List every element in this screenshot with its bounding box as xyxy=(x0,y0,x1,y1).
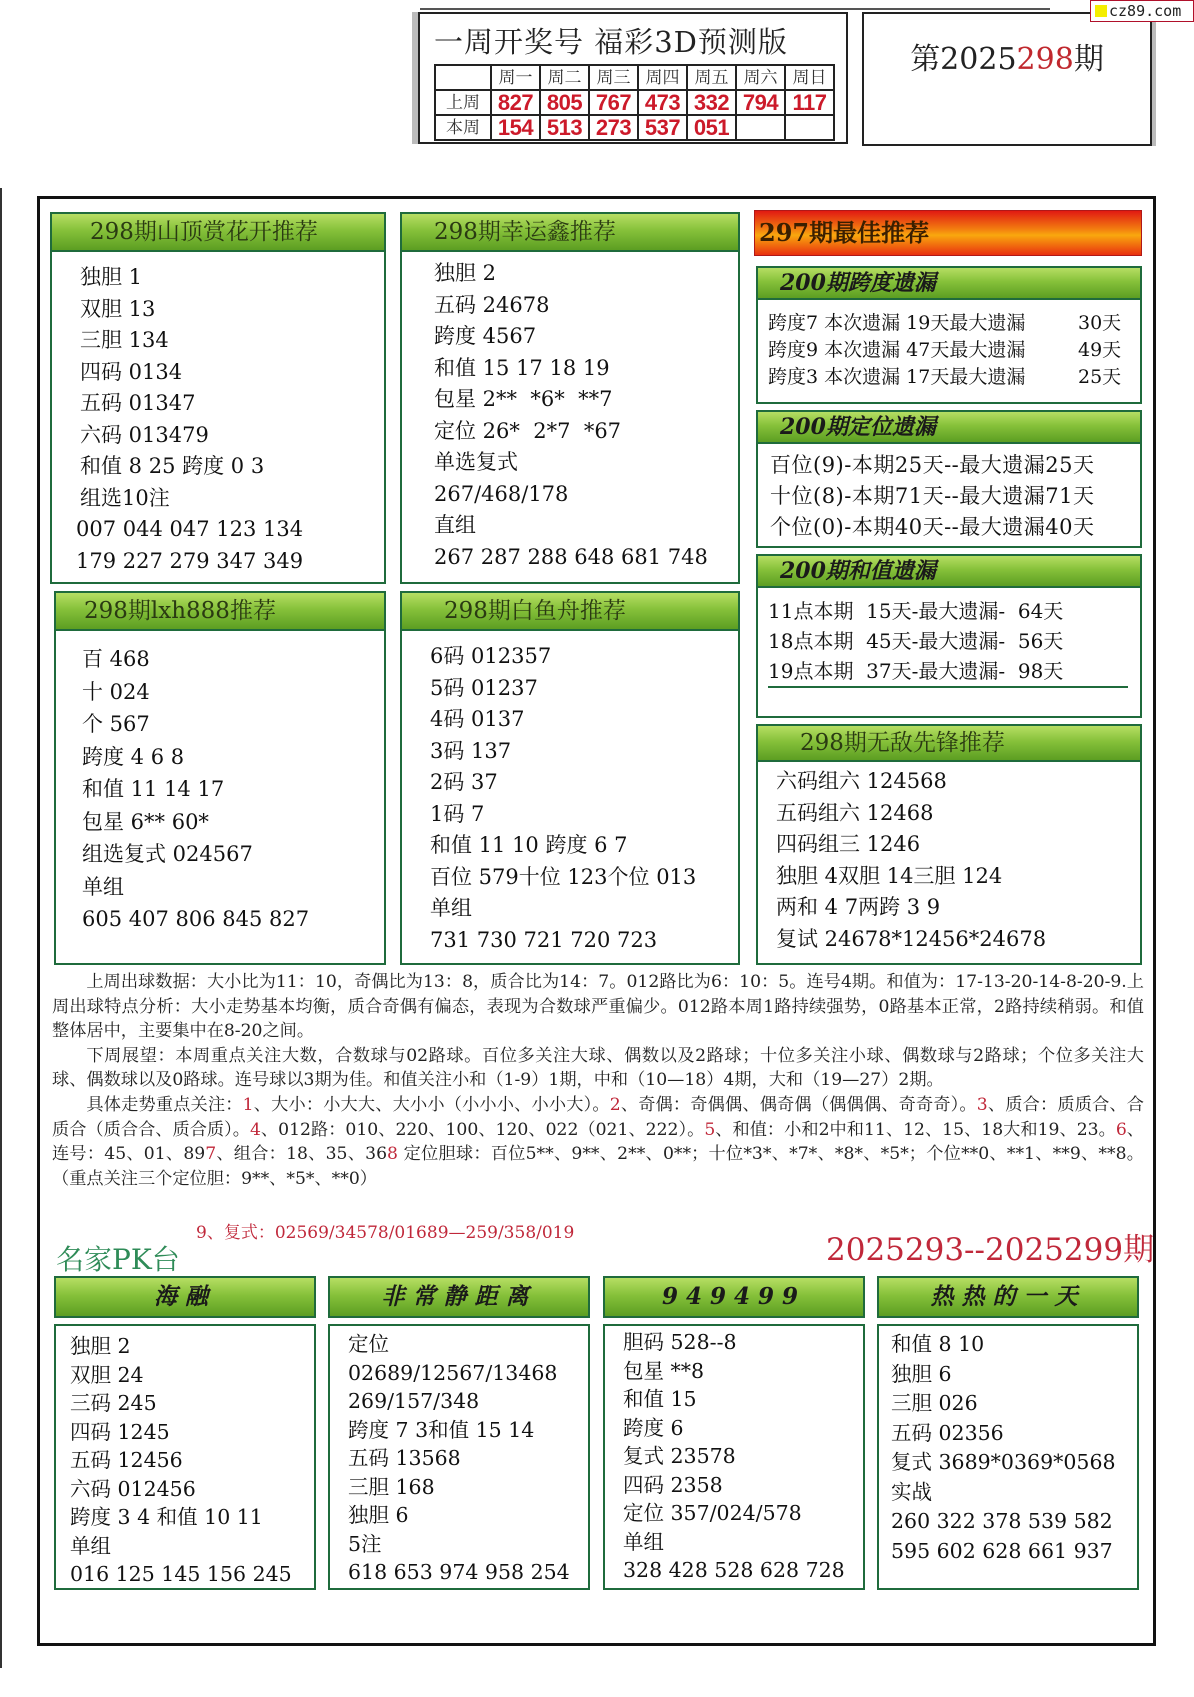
pk-line: 胆码 528--8 xyxy=(623,1328,863,1357)
span-miss-header: 200期跨度遗漏 xyxy=(756,266,1142,300)
pk-line: 独胆 6 xyxy=(891,1360,1137,1390)
pk-line: 六码 012456 xyxy=(70,1475,314,1504)
pk-line: 五码 13568 xyxy=(348,1444,588,1473)
focus-num: 5 xyxy=(704,1120,715,1140)
pk-line: 四码 1245 xyxy=(70,1418,314,1447)
rec-line: 两和 4 7两跨 3 9 xyxy=(776,892,1140,924)
panel-body-baiyuzhou: 6码 012357 5码 01237 4码 0137 3码 137 2码 37 … xyxy=(400,631,740,965)
rec-line: 四码 0134 xyxy=(80,357,384,389)
rec-line: 267 287 288 648 681 748 xyxy=(434,542,738,574)
period-range: 2025293--2025299期 xyxy=(826,1224,1154,1269)
position-miss-row: 百位(9)-本期25天--最大遗漏25天 xyxy=(770,450,1140,481)
draw-number: 051 xyxy=(687,115,736,140)
weekly-draw-table: 周一 周二 周三 周四 周五 周六 周日 上周 827 805 767 473 … xyxy=(434,64,835,141)
rec-line: 双胆 13 xyxy=(80,294,384,326)
focus-num: 1 xyxy=(243,1095,254,1115)
rec-line: 独胆 2 xyxy=(434,258,738,290)
focus-num: 6 xyxy=(1116,1120,1127,1140)
rec-line: 百 468 xyxy=(82,643,384,676)
pk-line: 独胆 2 xyxy=(70,1332,314,1361)
rec-line: 六码组六 124568 xyxy=(776,766,1140,798)
rec-line: 和值 15 17 18 19 xyxy=(434,353,738,385)
panel-body-wudi: 六码组六 124568 五码组六 12468 四码组三 1246 独胆 4双胆 … xyxy=(756,762,1142,965)
pk-line: 三码 245 xyxy=(70,1389,314,1418)
sum-miss-header: 200期和值遗漏 xyxy=(756,554,1142,588)
pk-body-hairong: 独胆 2 双胆 24 三码 245 四码 1245 五码 12456 六码 01… xyxy=(54,1324,316,1590)
pk-title: 名家PK台 xyxy=(56,1238,180,1278)
rec-line: 单选复式 xyxy=(434,447,738,479)
draw-number: 827 xyxy=(491,90,540,115)
pk-line: 单组 xyxy=(70,1532,314,1561)
rec-line: 4码 0137 xyxy=(430,704,738,736)
pk-header-rere: 热热的一天 xyxy=(877,1276,1139,1318)
span-miss-text: 跨度3 本次遗漏 17天最大遗漏 xyxy=(768,366,1025,388)
rec-line: 百位 579十位 123个位 013 xyxy=(430,862,738,894)
rec-line: 2码 37 xyxy=(430,767,738,799)
position-miss-body: 百位(9)-本期25天--最大遗漏25天 十位(8)-本期71天--最大遗漏71… xyxy=(756,444,1142,548)
span-miss-max: 25天 xyxy=(1078,364,1121,391)
pk-line: 三胆 026 xyxy=(891,1389,1137,1419)
rec-line: 单组 xyxy=(82,871,384,904)
span-miss-max: 30天 xyxy=(1078,310,1121,337)
pk-line: 包星 **8 xyxy=(623,1357,863,1386)
rec-line: 包星 2** *6* **7 xyxy=(434,384,738,416)
period-prefix: 第2025 xyxy=(910,42,1016,77)
sum-miss-body: 11点本期 15天-最大遗漏- 64天 18点本期 45天-最大遗漏- 56天 … xyxy=(756,588,1142,718)
panel-body-xingyunxin: 独胆 2 五码 24678 跨度 4567 和值 15 17 18 19 包星 … xyxy=(400,252,740,584)
period-number: 298 xyxy=(1017,42,1074,77)
sum-miss-row: 11点本期 15天-最大遗漏- 64天 xyxy=(768,596,1140,626)
divider xyxy=(768,686,1128,688)
panel-header-wudi: 298期无敌先锋推荐 xyxy=(756,724,1142,762)
span-miss-text: 跨度7 本次遗漏 19天最大遗漏 xyxy=(768,312,1025,334)
watermark-text: cz89.com xyxy=(1109,2,1181,20)
rec-line: 和值 11 10 跨度 6 7 xyxy=(430,830,738,862)
focus-lead: 具体走势重点关注： xyxy=(86,1095,242,1115)
draw-number: 117 xyxy=(785,90,834,115)
pk-line: 定位 357/024/578 xyxy=(623,1499,863,1528)
draw-number: 805 xyxy=(540,90,589,115)
rec-line: 1码 7 xyxy=(430,799,738,831)
rec-line: 三胆 134 xyxy=(80,325,384,357)
rec-line: 3码 137 xyxy=(430,736,738,768)
rec-line: 跨度 4 6 8 xyxy=(82,741,384,774)
day-header: 周日 xyxy=(785,65,834,90)
rec-line: 独胆 4双胆 14三胆 124 xyxy=(776,861,1140,893)
draw-number: 273 xyxy=(589,115,638,140)
pk-line: 三胆 168 xyxy=(348,1473,588,1502)
rec-line: 四码组三 1246 xyxy=(776,829,1140,861)
period-box: 第2025298期 xyxy=(862,12,1152,146)
rec-line: 十 024 xyxy=(82,676,384,709)
focus-text: 、奇偶：奇偶偶、偶奇偶（偶偶偶、奇奇奇）。 xyxy=(621,1095,977,1115)
pk-line: 跨度 7 3和值 15 14 xyxy=(348,1416,588,1445)
pk-line: 五码 02356 xyxy=(891,1419,1137,1449)
period-suffix: 期 xyxy=(1074,42,1104,77)
rec-line: 五码组六 12468 xyxy=(776,798,1140,830)
draw-number xyxy=(785,115,834,140)
rec-line: 267/468/178 xyxy=(434,479,738,511)
this-week-row: 本周 154 513 273 537 051 xyxy=(435,115,834,140)
pk-line: 595 602 628 661 937 xyxy=(891,1537,1137,1567)
draw-number: 794 xyxy=(736,90,785,115)
pk-line: 和值 8 10 xyxy=(891,1330,1137,1360)
pk-line: 五码 12456 xyxy=(70,1446,314,1475)
rec-line: 独胆 1 xyxy=(80,262,384,294)
rec-line: 单组 xyxy=(430,893,738,925)
focus-points: 具体走势重点关注：1、大小：小大大、大小小（小小小、小小大）。2、奇偶：奇偶偶、… xyxy=(52,1093,1144,1191)
focus-num: 4 xyxy=(250,1120,261,1140)
pk-header-hairong: 海融 xyxy=(54,1276,316,1318)
day-header: 周一 xyxy=(491,65,540,90)
sum-miss-row: 18点本期 45天-最大遗漏- 56天 xyxy=(768,626,1140,656)
pk-line: 260 322 378 539 582 xyxy=(891,1507,1137,1537)
span-miss-row: 跨度7 本次遗漏 19天最大遗漏30天 xyxy=(768,310,1140,337)
pk-line: 定位 xyxy=(348,1330,588,1359)
pk-line: 02689/12567/13468 xyxy=(348,1359,588,1388)
pk-body-feichang: 定位 02689/12567/13468 269/157/348 跨度 7 3和… xyxy=(328,1324,590,1590)
focus-num: 2 xyxy=(610,1095,621,1115)
rec-line: 六码 013479 xyxy=(80,420,384,452)
rec-line: 和值 11 14 17 xyxy=(82,773,384,806)
pk-line: 618 653 974 958 254 xyxy=(348,1558,588,1587)
focus-num: 3 xyxy=(977,1095,988,1115)
panel-body-lxh888: 百 468 十 024 个 567 跨度 4 6 8 和值 11 14 17 包… xyxy=(54,631,386,965)
row-label: 本周 xyxy=(435,115,491,140)
rec-line: 和值 8 25 跨度 0 3 xyxy=(80,451,384,483)
rec-line: 组选复式 024567 xyxy=(82,838,384,871)
span-miss-row: 跨度3 本次遗漏 17天最大遗漏25天 xyxy=(768,364,1140,391)
rec-line: 定位 26* 2*7 *67 xyxy=(434,416,738,448)
best-recommend-header: 297期最佳推荐 xyxy=(754,210,1142,256)
pk-line: 328 428 528 628 728 xyxy=(623,1556,863,1585)
last-week-row: 上周 827 805 767 473 332 794 117 xyxy=(435,90,834,115)
rec-line: 直组 xyxy=(434,510,738,542)
pk-header-949499: 949499 xyxy=(603,1276,865,1318)
rec-line: 包星 6** 60* xyxy=(82,806,384,839)
span-miss-text: 跨度9 本次遗漏 47天最大遗漏 xyxy=(768,339,1025,361)
corner-cell xyxy=(435,65,491,90)
panel-header-xingyunxin: 298期幸运鑫推荐 xyxy=(400,212,740,252)
pk-line: 跨度 3 4 和值 10 11 xyxy=(70,1503,314,1532)
pk-body-rere: 和值 8 10 独胆 6 三胆 026 五码 02356 复式 3689*036… xyxy=(877,1324,1139,1590)
yellow-square-icon xyxy=(1095,5,1107,17)
pk-line: 5注 xyxy=(348,1530,588,1559)
pk-line: 实战 xyxy=(891,1478,1137,1508)
pk-line: 四码 2358 xyxy=(623,1471,863,1500)
header-rule xyxy=(420,8,1050,10)
draw-number xyxy=(736,115,785,140)
rec-line: 179 227 279 347 349 xyxy=(76,546,384,578)
focus-text: 、组合：18、35、36 xyxy=(216,1144,387,1164)
focus-text: 、012路：010、220、100、120、022（021、222）。 xyxy=(261,1120,704,1140)
rec-line: 五码 01347 xyxy=(80,388,384,420)
fushi-line: 9、复式：02569/34578/01689—259/358/019 xyxy=(196,1218,574,1243)
draw-number: 537 xyxy=(638,115,687,140)
draw-number: 473 xyxy=(638,90,687,115)
rec-line: 5码 01237 xyxy=(430,673,738,705)
weekly-draw-box: 一周开奖号 福彩3D预测版 周一 周二 周三 周四 周五 周六 周日 上周 82… xyxy=(418,12,848,144)
rec-line: 组选10注 xyxy=(80,483,384,515)
position-miss-row: 个位(0)-本期40天--最大遗漏40天 xyxy=(770,512,1140,543)
rec-line: 复试 24678*12456*24678 xyxy=(776,924,1140,956)
last-week-analysis: 上周出球数据：大小比为11：10，奇偶比为13：8，质合比为14：7。012路比… xyxy=(52,970,1144,1044)
pk-line: 016 125 145 156 245 xyxy=(70,1560,314,1589)
page-left-edge xyxy=(0,188,2,1668)
position-miss-header: 200期定位遗漏 xyxy=(756,410,1142,444)
analysis-text: 上周出球数据：大小比为11：10，奇偶比为13：8，质合比为14：7。012路比… xyxy=(52,970,1144,1191)
draw-number: 767 xyxy=(589,90,638,115)
focus-num: 8 xyxy=(387,1144,398,1164)
rec-line: 605 407 806 845 827 xyxy=(82,903,384,936)
panel-header-lxh888: 298期lxh888推荐 xyxy=(54,591,386,631)
panel-header-shanding: 298期山顶赏花开推荐 xyxy=(50,212,386,252)
day-header-row: 周一 周二 周三 周四 周五 周六 周日 xyxy=(435,65,834,90)
pk-line: 单组 xyxy=(623,1528,863,1557)
period-title: 第2025298期 xyxy=(864,34,1150,78)
draw-number: 513 xyxy=(540,115,589,140)
focus-num: 7 xyxy=(205,1144,216,1164)
pk-line: 复式 3689*0369*0568 xyxy=(891,1448,1137,1478)
focus-text: 、大小：小大大、大小小（小小小、小小大）。 xyxy=(254,1095,610,1115)
rec-line: 跨度 4567 xyxy=(434,321,738,353)
rec-line: 007 044 047 123 134 xyxy=(76,514,384,546)
pk-body-949499: 胆码 528--8 包星 **8 和值 15 跨度 6 复式 23578 四码 … xyxy=(603,1324,865,1590)
focus-text: 、和值：小和2中和11、12、15、18大和19、23。 xyxy=(715,1120,1116,1140)
position-miss-row: 十位(8)-本期71天--最大遗漏71天 xyxy=(770,481,1140,512)
day-header: 周二 xyxy=(540,65,589,90)
rec-line: 6码 012357 xyxy=(430,641,738,673)
span-miss-max: 49天 xyxy=(1078,337,1121,364)
next-week-outlook: 下周展望：本周重点关注大数，合数球与02路球。百位多关注大球、偶数以及2路球；十… xyxy=(52,1044,1144,1093)
pk-line: 复式 23578 xyxy=(623,1442,863,1471)
panel-header-baiyuzhou: 298期白鱼舟推荐 xyxy=(400,591,740,631)
pk-line: 双胆 24 xyxy=(70,1361,314,1390)
rec-line: 个 567 xyxy=(82,708,384,741)
pk-header-feichang: 非常静距离 xyxy=(328,1276,590,1318)
sum-miss-row: 19点本期 37天-最大遗漏- 98天 xyxy=(768,656,1140,686)
span-miss-body: 跨度7 本次遗漏 19天最大遗漏30天 跨度9 本次遗漏 47天最大遗漏49天 … xyxy=(756,300,1142,404)
draw-title: 一周开奖号 福彩3D预测版 xyxy=(434,20,788,61)
rec-line: 五码 24678 xyxy=(434,290,738,322)
pk-line: 和值 15 xyxy=(623,1385,863,1414)
watermark-link[interactable]: cz89.com xyxy=(1090,0,1194,22)
span-miss-row: 跨度9 本次遗漏 47天最大遗漏49天 xyxy=(768,337,1140,364)
rec-line: 731 730 721 720 723 xyxy=(430,925,738,957)
draw-number: 332 xyxy=(687,90,736,115)
pk-line: 269/157/348 xyxy=(348,1387,588,1416)
pk-line: 独胆 6 xyxy=(348,1501,588,1530)
panel-body-shanding: 独胆 1 双胆 13 三胆 134 四码 0134 五码 01347 六码 01… xyxy=(50,252,386,584)
day-header: 周三 xyxy=(589,65,638,90)
day-header: 周五 xyxy=(687,65,736,90)
day-header: 周六 xyxy=(736,65,785,90)
draw-number: 154 xyxy=(491,115,540,140)
day-header: 周四 xyxy=(638,65,687,90)
pk-line: 跨度 6 xyxy=(623,1414,863,1443)
row-label: 上周 xyxy=(435,90,491,115)
